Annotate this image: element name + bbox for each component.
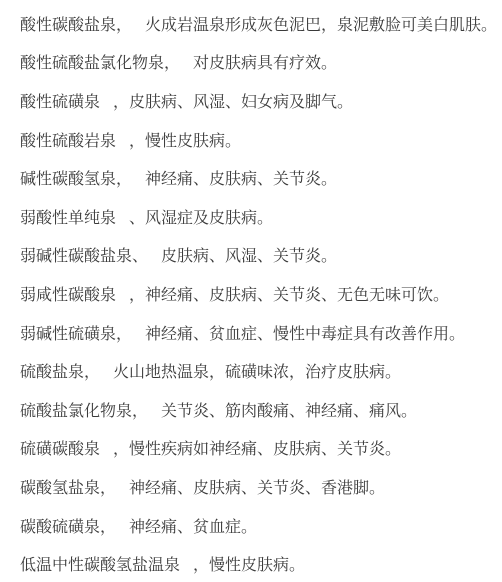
spring-name: 硫磺碳酸泉 <box>20 436 100 459</box>
spring-list: 酸性碳酸盐泉，火成岩温泉形成灰色泥巴，泉泥敷脸可美白肌肤。酸性硫酸盐氯化物泉，对… <box>0 0 502 582</box>
spring-name: 弱碱性碳酸盐泉、 <box>20 243 148 266</box>
list-item: 硫酸盐氯化物泉，关节炎、筋肉酸痛、神经痛、痛风。 <box>20 390 502 429</box>
spring-effect: ，慢性皮肤病。 <box>193 552 305 575</box>
spring-name: 碳酸氢盐泉， <box>20 475 116 498</box>
spring-effect: ，皮肤病、风湿、妇女病及脚气。 <box>113 89 353 112</box>
list-item: 碱性碳酸氢泉，神经痛、皮肤病、关节炎。 <box>20 158 502 197</box>
list-item: 低温中性碳酸氢盐温泉，慢性皮肤病。 <box>20 544 502 582</box>
spring-effect: 神经痛、皮肤病、关节炎。 <box>145 166 337 189</box>
spring-name: 弱咸性碳酸泉 <box>20 282 116 305</box>
spring-effect: 皮肤病、风湿、关节炎。 <box>161 243 337 266</box>
list-item: 弱碱性硫磺泉，神经痛、贫血症、慢性中毒症具有改善作用。 <box>20 313 502 352</box>
spring-name: 硫酸盐泉， <box>20 359 100 382</box>
spring-effect: 关节炎、筋肉酸痛、神经痛、痛风。 <box>161 398 417 421</box>
spring-name: 酸性硫酸盐氯化物泉， <box>20 50 180 73</box>
list-item: 碳酸硫磺泉，神经痛、贫血症。 <box>20 506 502 545</box>
list-item: 酸性硫酸岩泉，慢性皮肤病。 <box>20 120 502 159</box>
spring-name: 酸性碳酸盐泉， <box>20 12 132 35</box>
spring-effect: 对皮肤病具有疗效。 <box>193 50 337 73</box>
spring-name: 弱酸性单纯泉 <box>20 205 116 228</box>
list-item: 弱碱性碳酸盐泉、皮肤病、风湿、关节炎。 <box>20 236 502 275</box>
spring-name: 酸性硫酸岩泉 <box>20 128 116 151</box>
spring-name: 低温中性碳酸氢盐温泉 <box>20 552 180 575</box>
spring-name: 酸性硫磺泉 <box>20 89 100 112</box>
spring-effect: 火成岩温泉形成灰色泥巴，泉泥敷脸可美白肌肤。 <box>145 12 497 35</box>
list-item: 弱酸性单纯泉、风湿症及皮肤病。 <box>20 197 502 236</box>
hot-spring-effects-document: 酸性碳酸盐泉，火成岩温泉形成灰色泥巴，泉泥敷脸可美白肌肤。酸性硫酸盐氯化物泉，对… <box>0 0 502 582</box>
spring-name: 碱性碳酸氢泉， <box>20 166 132 189</box>
spring-name: 弱碱性硫磺泉， <box>20 321 132 344</box>
list-item: 酸性硫酸盐氯化物泉，对皮肤病具有疗效。 <box>20 43 502 82</box>
spring-effect: ，神经痛、皮肤病、关节炎、无色无味可饮。 <box>129 282 449 305</box>
list-item: 硫酸盐泉，火山地热温泉，硫磺味浓，治疗皮肤病。 <box>20 351 502 390</box>
list-item: 酸性硫磺泉，皮肤病、风湿、妇女病及脚气。 <box>20 81 502 120</box>
list-item: 碳酸氢盐泉，神经痛、皮肤病、关节炎、香港脚。 <box>20 467 502 506</box>
spring-effect: 神经痛、皮肤病、关节炎、香港脚。 <box>129 475 385 498</box>
spring-effect: ，慢性疾病如神经痛、皮肤病、关节炎。 <box>113 436 401 459</box>
list-item: 弱咸性碳酸泉，神经痛、皮肤病、关节炎、无色无味可饮。 <box>20 274 502 313</box>
list-item: 酸性碳酸盐泉，火成岩温泉形成灰色泥巴，泉泥敷脸可美白肌肤。 <box>20 4 502 43</box>
spring-name: 硫酸盐氯化物泉， <box>20 398 148 421</box>
spring-effect: ，慢性皮肤病。 <box>129 128 241 151</box>
spring-name: 碳酸硫磺泉， <box>20 514 116 537</box>
spring-effect: 神经痛、贫血症、慢性中毒症具有改善作用。 <box>145 321 465 344</box>
list-item: 硫磺碳酸泉，慢性疾病如神经痛、皮肤病、关节炎。 <box>20 429 502 468</box>
spring-effect: 神经痛、贫血症。 <box>129 514 257 537</box>
spring-effect: 、风湿症及皮肤病。 <box>129 205 273 228</box>
spring-effect: 火山地热温泉，硫磺味浓，治疗皮肤病。 <box>113 359 401 382</box>
